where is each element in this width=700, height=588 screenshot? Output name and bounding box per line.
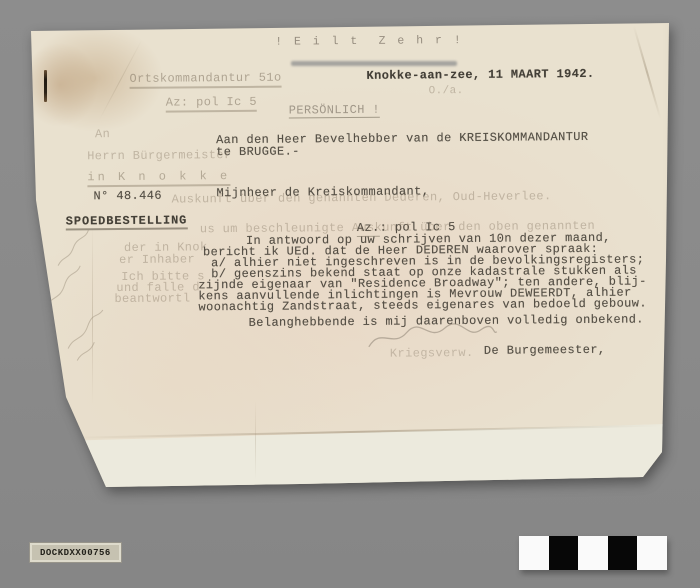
personal-header: PERSÖNLICH ! — [289, 104, 380, 119]
urgency-label: SPOEDBESTELLING — [66, 214, 188, 230]
paper-sheet: ! E i l t Z e h r ! Ortskommandantur 51o… — [0, 0, 700, 588]
signoff: De Burgemeester, — [484, 344, 606, 357]
scale-square-black-2 — [608, 536, 638, 570]
archival-photo: ! E i l t Z e h r ! Ortskommandantur 51o… — [0, 0, 700, 588]
ghost-bleed-line-4: er Inhaber — [119, 253, 195, 266]
ghost-letterhead: Ortskommandantur 51o — [129, 72, 281, 89]
ghost-signature-note: Kriegsverw. — [390, 347, 474, 360]
ghost-addressee-name: Herrn Bürgermeister — [87, 149, 232, 162]
ghost-date-note: O./a. — [429, 85, 464, 97]
scale-square-white-3 — [637, 536, 667, 570]
scale-square-white-1 — [519, 536, 549, 570]
ghost-addressee-place: in K n o k k e — [87, 170, 230, 187]
body-line-7: woonachtig Zandstraat, steeds eigenares … — [198, 297, 647, 313]
pencil-scribble — [22, 230, 123, 361]
ghost-bleed-line-7: beantwortl — [114, 292, 190, 305]
urgency-header: ! E i l t Z e h r ! — [275, 35, 463, 49]
salutation: Mijnheer de Kreiskommandant, — [216, 185, 429, 199]
catalog-tag: DOCKDXX00756 — [30, 543, 121, 562]
letter-paper: ! E i l t Z e h r ! Ortskommandantur 51o… — [0, 0, 700, 588]
reference-number: N° 48.446 — [93, 190, 162, 203]
scale-square-white-2 — [578, 536, 608, 570]
letter-text-layer: ! E i l t Z e h r ! Ortskommandantur 51o… — [0, 0, 700, 588]
ghost-reference-top: Az: pol Ic 5 — [166, 96, 257, 113]
photo-scale-bar — [519, 536, 667, 570]
date-line: Knokke-aan-zee, 11 MAART 1942. — [366, 68, 594, 82]
ghost-an: An — [95, 128, 110, 140]
scale-square-black-1 — [549, 536, 579, 570]
